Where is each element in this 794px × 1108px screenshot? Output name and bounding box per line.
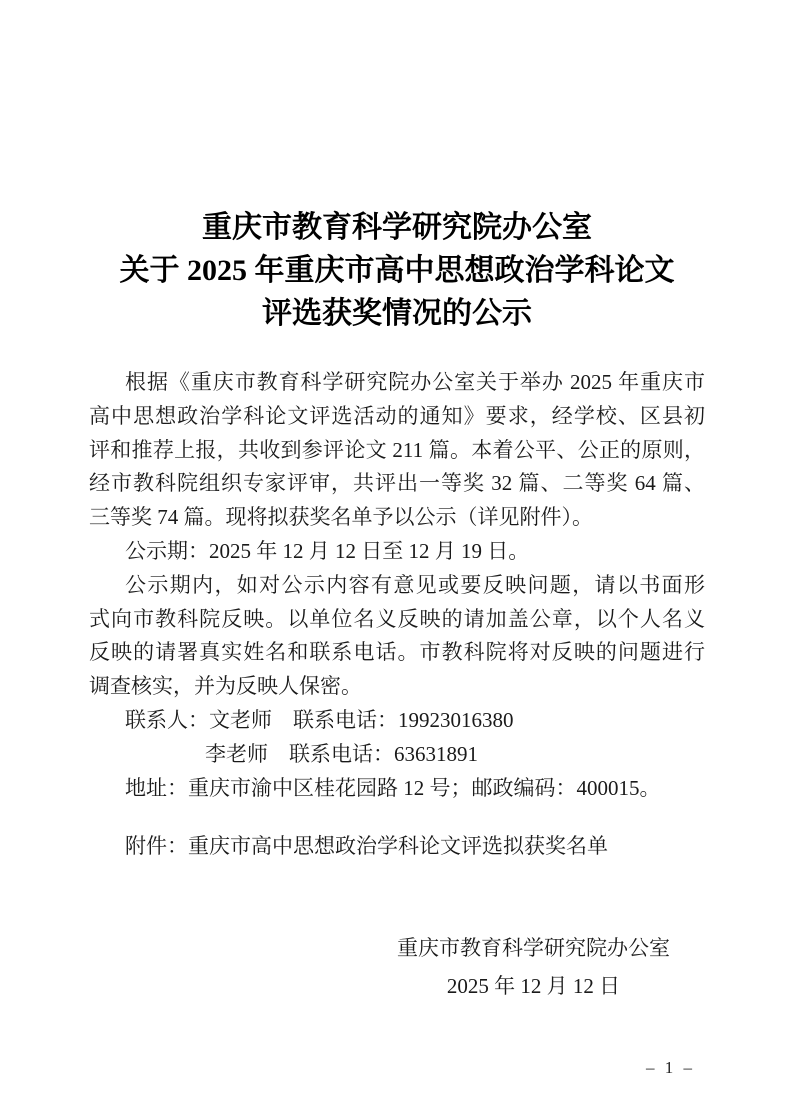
signature-org: 重庆市教育科学研究院办公室 [397,929,670,967]
body-line: 地址：重庆市渝中区桂花园路 12 号；邮政编码：400015。 [89,772,705,806]
document-page: 重庆市教育科学研究院办公室 关于 2025 年重庆市高中思想政治学科论文 评选获… [0,0,794,1108]
page-number: – 1 – [646,1058,695,1078]
body-line: 公示期：2025 年 12 月 12 日至 12 月 19 日。 [89,535,705,569]
body-line: 李老师 联系电话：63631891 [89,738,705,772]
body-line: 调查核实，并为反映人保密。 [89,670,705,704]
document-title: 重庆市教育科学研究院办公室 关于 2025 年重庆市高中思想政治学科论文 评选获… [89,206,705,335]
signature-block: 重庆市教育科学研究院办公室 2025 年 12 月 12 日 [397,929,670,1005]
title-line: 评选获奖情况的公示 [89,292,705,335]
body-text: 根据《重庆市教育科学研究院办公室关于举办 2025 年重庆市高中思想政治学科论文… [89,366,705,805]
title-line: 重庆市教育科学研究院办公室 [89,206,705,249]
body-line: 式向市教科院反映。以单位名义反映的请加盖公章，以个人名义 [89,603,705,637]
body-line: 根据《重庆市教育科学研究院办公室关于举办 2025 年重庆市 [89,366,705,400]
body-line: 反映的请署真实姓名和联系电话。市教科院将对反映的问题进行 [89,636,705,670]
body-line: 联系人：文老师 联系电话：19923016380 [89,704,705,738]
body-line: 三等奖 74 篇。现将拟获奖名单予以公示（详见附件）。 [89,501,705,535]
title-line: 关于 2025 年重庆市高中思想政治学科论文 [89,249,705,292]
body-line: 评和推荐上报，共收到参评论文 211 篇。本着公平、公正的原则， [89,434,705,468]
signature-date: 2025 年 12 月 12 日 [397,967,670,1005]
body-line: 经市教科院组织专家评审，共评出一等奖 32 篇、二等奖 64 篇、 [89,467,705,501]
attachment-line: 附件：重庆市高中思想政治学科论文评选拟获奖名单 [89,830,705,864]
body-line: 公示期内，如对公示内容有意见或要反映问题，请以书面形 [89,569,705,603]
body-line: 高中思想政治学科论文评选活动的通知》要求，经学校、区县初 [89,400,705,434]
